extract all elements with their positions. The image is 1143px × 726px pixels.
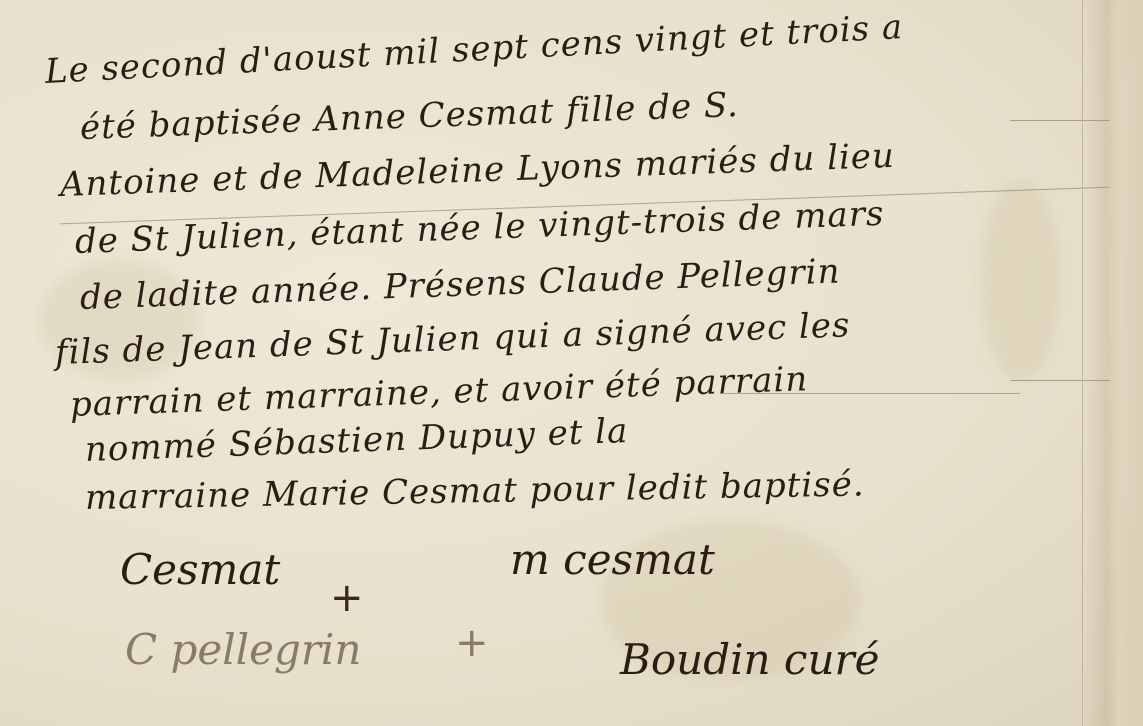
- paraph-mark: +: [455, 620, 489, 666]
- signature-cure: Boudin curé: [620, 635, 879, 684]
- paper-stain: [980, 180, 1060, 380]
- signature-m-cesmat: m cesmat: [510, 535, 715, 584]
- record-line: parrain et marraine, et avoir été parrai…: [69, 359, 809, 425]
- record-line: de ladite année. Présens Claude Pellegri…: [79, 251, 841, 318]
- manuscript-page: Le second d'aoust mil sept cens vingt et…: [0, 0, 1143, 726]
- record-line: de St Julien, étant née le vingt-trois d…: [74, 194, 885, 262]
- page-edge: [1082, 0, 1143, 726]
- record-line: été baptisée Anne Cesmat fille de S.: [79, 85, 739, 148]
- signature-cesmat: Cesmat: [120, 545, 280, 594]
- record-line: Antoine et de Madeleine Lyons mariés du …: [59, 136, 895, 205]
- record-line: marraine Marie Cesmat pour ledit baptisé…: [85, 464, 865, 518]
- record-line: Le second d'aoust mil sept cens vingt et…: [44, 7, 904, 92]
- signature-pellegrin: C pellegrin: [125, 625, 361, 674]
- cross-mark: +: [330, 575, 364, 621]
